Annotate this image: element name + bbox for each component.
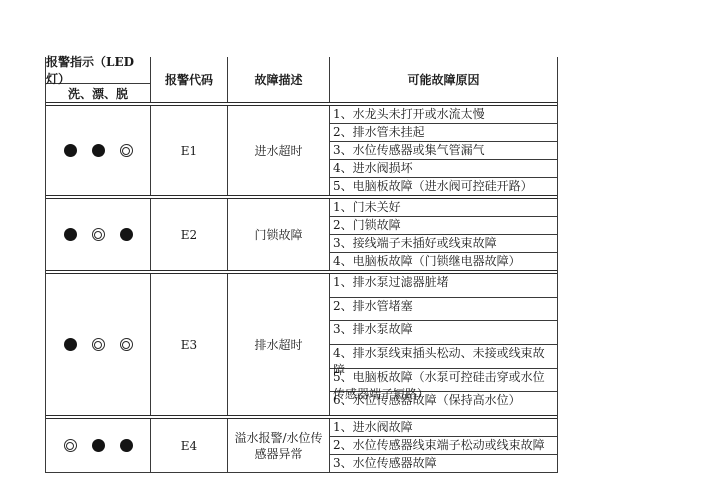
header-fault-description: 故障描述 (228, 57, 330, 102)
table-header-row: 报警指示（LED灯） 洗、漂、脱 报警代码 故障描述 可能故障原因 (46, 57, 557, 106)
cause-item: 4、排水泵线束插头松动、未接或线束故障 (330, 345, 557, 369)
fault-description: 进水超时 (228, 106, 330, 195)
cause-item: 1、门未关好 (330, 199, 557, 217)
fault-description: 排水超时 (228, 274, 330, 415)
led-rinse-icon (92, 439, 105, 452)
led-indicator-cell (46, 419, 151, 472)
header-led-indicator: 报警指示（LED灯） 洗、漂、脱 (46, 57, 151, 102)
cause-item: 5、电脑板故障（进水阀可控硅开路） (330, 178, 557, 195)
cause-list: 1、进水阀故障 2、水位传感器线束端子松动或线束故障 3、水位传感器故障 (330, 419, 557, 472)
led-rinse-icon (92, 144, 105, 157)
led-rinse-icon (92, 338, 105, 351)
fault-description: 溢水报警/水位传感器异常 (228, 419, 330, 472)
alarm-code: E2 (151, 199, 228, 270)
led-spin-icon (120, 144, 133, 157)
led-spin-icon (120, 228, 133, 241)
cause-item: 4、电脑板故障（门锁继电器故障） (330, 253, 557, 270)
cause-item: 1、排水泵过滤器脏堵 (330, 274, 557, 298)
cause-item: 1、进水阀故障 (330, 419, 557, 437)
cause-list: 1、水龙头未打开或水流太慢 2、排水管未挂起 3、水位传感器或集气管漏气 4、进… (330, 106, 557, 195)
alarm-code: E1 (151, 106, 228, 195)
cause-item: 5、电脑板故障（水泵可控硅击穿或水位传感器端子短路） (330, 369, 557, 393)
header-led-title: 报警指示（LED灯） (46, 57, 150, 84)
led-indicator-cell (46, 106, 151, 195)
cause-item: 4、进水阀损坏 (330, 160, 557, 178)
cause-item: 2、门锁故障 (330, 217, 557, 235)
fault-row-e2: E2 门锁故障 1、门未关好 2、门锁故障 3、接线端子未插好或线束故障 4、电… (46, 199, 557, 274)
cause-item: 3、水位传感器或集气管漏气 (330, 142, 557, 160)
alarm-code: E4 (151, 419, 228, 472)
led-wash-icon (64, 338, 77, 351)
page: 报警指示（LED灯） 洗、漂、脱 报警代码 故障描述 可能故障原因 E1 进水超… (0, 0, 707, 500)
cause-item: 2、水位传感器线束端子松动或线束故障 (330, 437, 557, 455)
led-spin-icon (120, 338, 133, 351)
alarm-code: E3 (151, 274, 228, 415)
header-led-subtitle: 洗、漂、脱 (46, 84, 150, 102)
header-alarm-code: 报警代码 (151, 57, 228, 102)
led-wash-icon (64, 144, 77, 157)
header-possible-causes: 可能故障原因 (330, 57, 557, 102)
fault-row-e1: E1 进水超时 1、水龙头未打开或水流太慢 2、排水管未挂起 3、水位传感器或集… (46, 106, 557, 199)
led-indicator-cell (46, 274, 151, 415)
fault-code-table: 报警指示（LED灯） 洗、漂、脱 报警代码 故障描述 可能故障原因 E1 进水超… (45, 57, 558, 473)
led-rinse-icon (92, 228, 105, 241)
cause-item: 3、排水泵故障 (330, 321, 557, 345)
cause-item: 2、排水管堵塞 (330, 298, 557, 322)
cause-list: 1、排水泵过滤器脏堵 2、排水管堵塞 3、排水泵故障 4、排水泵线束插头松动、未… (330, 274, 557, 415)
fault-row-e4: E4 溢水报警/水位传感器异常 1、进水阀故障 2、水位传感器线束端子松动或线束… (46, 419, 557, 473)
cause-item: 3、水位传感器故障 (330, 455, 557, 472)
led-indicator-cell (46, 199, 151, 270)
fault-row-e3: E3 排水超时 1、排水泵过滤器脏堵 2、排水管堵塞 3、排水泵故障 4、排水泵… (46, 274, 557, 419)
led-wash-icon (64, 439, 77, 452)
fault-description: 门锁故障 (228, 199, 330, 270)
cause-item: 1、水龙头未打开或水流太慢 (330, 106, 557, 124)
led-spin-icon (120, 439, 133, 452)
cause-item: 2、排水管未挂起 (330, 124, 557, 142)
cause-list: 1、门未关好 2、门锁故障 3、接线端子未插好或线束故障 4、电脑板故障（门锁继… (330, 199, 557, 270)
led-wash-icon (64, 228, 77, 241)
cause-item: 3、接线端子未插好或线束故障 (330, 235, 557, 253)
cause-item: 6、水位传感器故障（保持高水位） (330, 392, 557, 415)
